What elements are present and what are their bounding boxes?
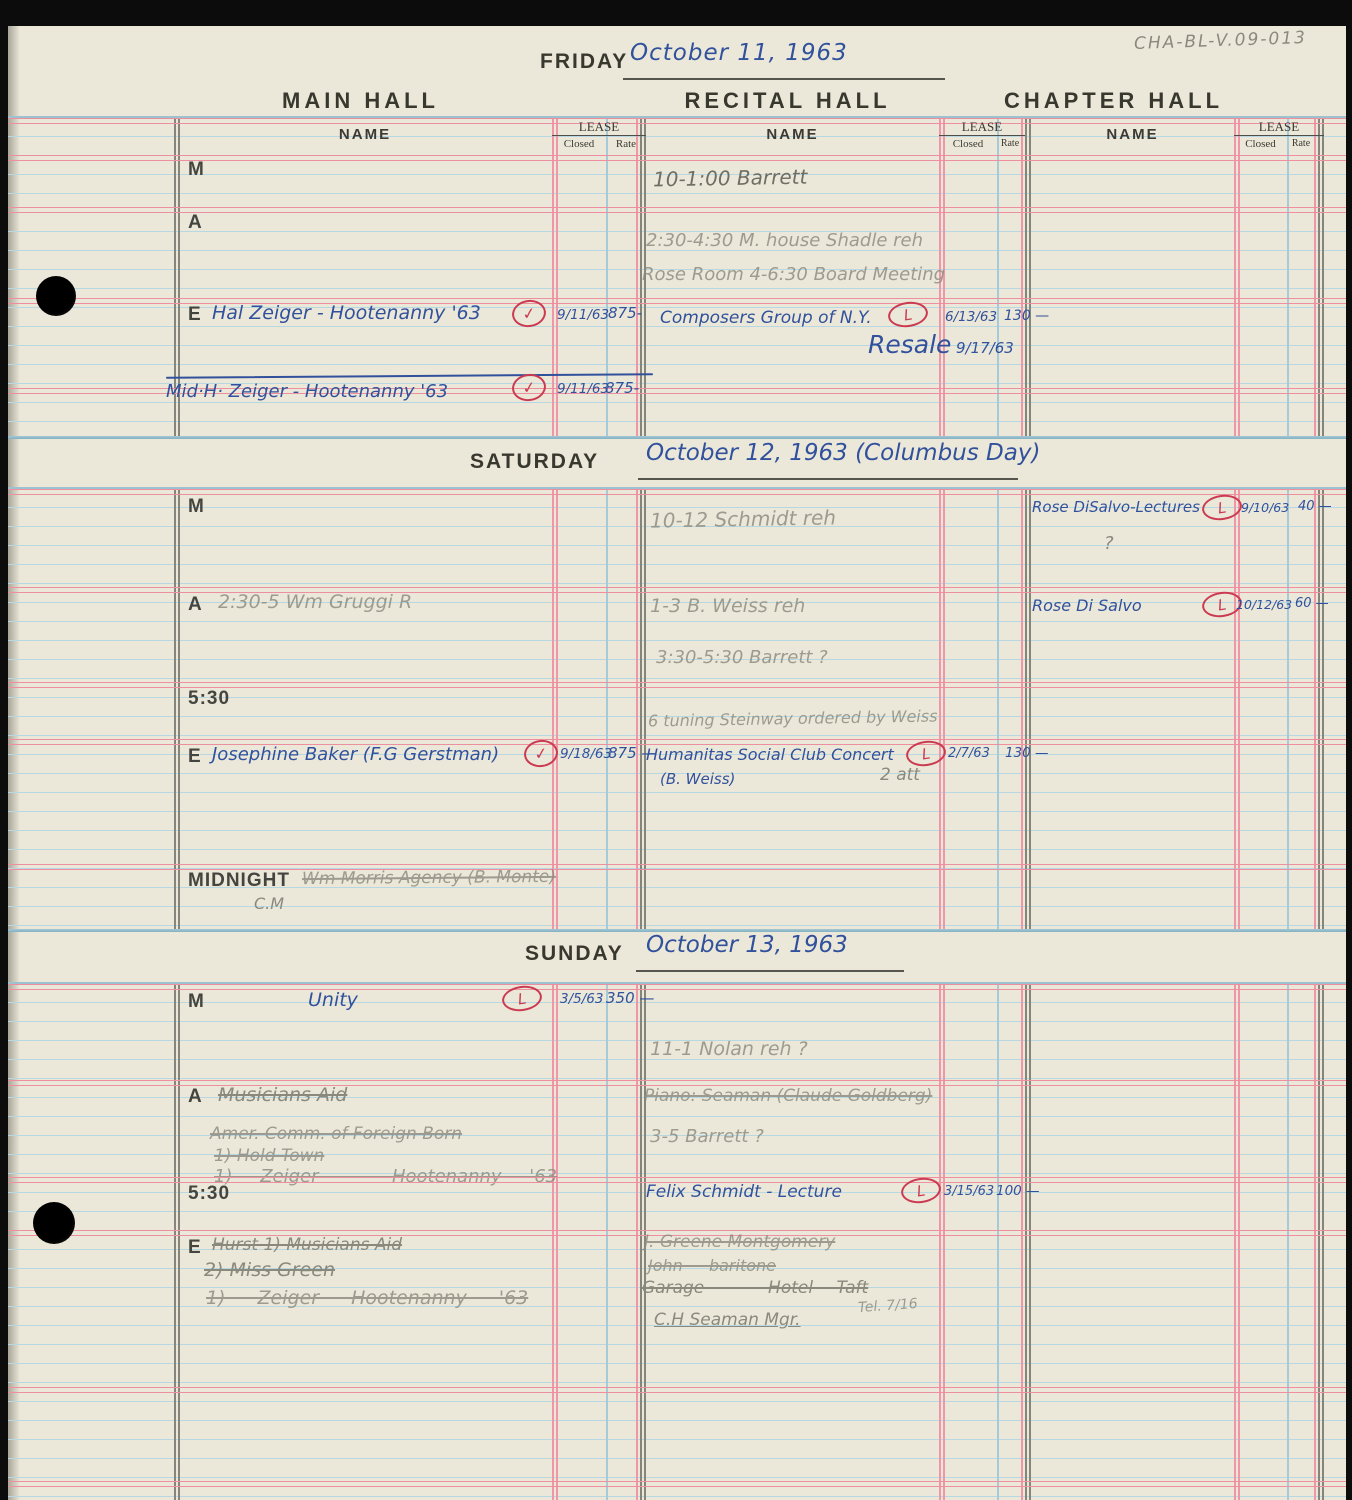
recital-rate-header: Rate <box>997 138 1023 149</box>
chapter-rate-header: Rate <box>1287 138 1315 149</box>
saturday-day-title: SATURDAY <box>470 450 599 474</box>
saturday-recital-evening-rate: 130 — <box>1005 745 1049 761</box>
saturday-section: M Rose DiSalvo-Lectures L 9/10/63 40 — 1… <box>8 487 1346 932</box>
friday-recital-afternoon-entry-2: Rose Room 4-6:30 Board Meeting <box>642 264 945 285</box>
friday-day-title: FRIDAY <box>540 50 628 74</box>
saturday-main-evening-closed-date: 9/18/63 <box>560 746 612 762</box>
recital-lease-header: LEASE <box>939 119 1025 135</box>
saturday-recital-evening-closed-date: 2/7/63 <box>948 746 990 761</box>
friday-date-underline <box>623 78 945 80</box>
recital-hall-title: RECITAL HALL <box>660 88 915 114</box>
sunday-main-morning-closed-date: 3/5/63 <box>560 991 603 1007</box>
sunday-recital-morning-entry: 11-1 Nolan reh ? <box>650 1038 808 1060</box>
recital-closed-header: Closed <box>939 138 997 150</box>
saturday-morning-label: M <box>188 496 205 518</box>
friday-main-evening-closed-date: 9/11/63 <box>557 307 609 323</box>
punch-hole-bottom <box>33 1202 75 1244</box>
saturday-afternoon-label: A <box>188 594 203 616</box>
friday-recital-afternoon-entry-1: 2:30-4:30 M. house Shadle reh <box>646 230 923 251</box>
archive-id: CHA-BL-V.09-013 <box>1134 28 1308 54</box>
saturday-chapter-afternoon-closed-date: 10/12/63 <box>1236 597 1292 612</box>
sunday-main-evening-struck-1: Hurst 1) Musicians Aid <box>212 1235 402 1255</box>
sunday-day-title: SUNDAY <box>525 942 624 966</box>
sunday-morning-label: M <box>188 991 205 1013</box>
sunday-main-afternoon-struck-1: Musicians Aid <box>218 1084 347 1106</box>
friday-recital-evening-name: Composers Group of N.Y. <box>660 308 872 328</box>
saturday-midnight-struck-entry: Wm Morris Agency (B. Monte) <box>302 867 556 889</box>
friday-recital-resale-date: 9/17/63 <box>956 339 1014 357</box>
saturday-chapter-afternoon-name: Rose Di Salvo <box>1032 596 1142 615</box>
recital-name-header: NAME <box>646 126 939 143</box>
saturday-recital-evening-attendance: 2 att <box>880 765 920 785</box>
chapter-hall-title: CHAPTER HALL <box>986 88 1241 114</box>
chapter-lease-underline <box>1234 135 1324 136</box>
sunday-recital-530-rate: 100 — <box>996 1183 1040 1199</box>
saturday-530-label: 5:30 <box>188 688 230 710</box>
saturday-main-evening-name: Josephine Baker (F.G Gerstman) <box>212 744 499 765</box>
main-closed-header: Closed <box>552 138 606 150</box>
sunday-date-handwritten: October 13, 1963 <box>646 932 848 958</box>
main-lease-header: LEASE <box>552 119 646 135</box>
friday-main-evening-name: Hal Zeiger - Hootenanny '63 <box>212 302 481 324</box>
chapter-closed-header: Closed <box>1234 138 1287 150</box>
saturday-chapter-morning-closed-date: 9/10/63 <box>1241 500 1289 515</box>
friday-afternoon-label: A <box>188 212 203 234</box>
saturday-main-afternoon-entry: 2:30-5 Wm Gruggi R <box>218 591 412 613</box>
saturday-date-handwritten: October 12, 1963 (Columbus Day) <box>646 440 1040 466</box>
saturday-recital-evening-name: Humanitas Social Club Concert <box>646 745 894 764</box>
friday-section: NAME LEASE Closed Rate NAME LEASE Closed… <box>8 116 1346 439</box>
chapter-name-header: NAME <box>1031 126 1234 143</box>
saturday-recital-morning-entry: 10-12 Schmidt reh <box>650 505 836 532</box>
friday-main-evening-rate: 875- <box>608 304 642 322</box>
sunday-recital-evening-signature: C.H Seaman Mgr. <box>654 1310 801 1330</box>
friday-midnight-hand-rule <box>166 373 653 378</box>
sunday-date-underline <box>636 970 904 972</box>
saturday-chapter-morning-lease-icon: L <box>1200 492 1243 522</box>
ledger-paper: CHA-BL-V.09-013 FRIDAY October 11, 1963 … <box>8 26 1346 1500</box>
saturday-date-underline <box>638 478 1018 480</box>
saturday-chapter-morning-name: Rose DiSalvo-Lectures <box>1032 498 1200 516</box>
sunday-recital-530-name: Felix Schmidt - Lecture <box>646 1182 842 1202</box>
punch-hole-top <box>36 276 76 316</box>
saturday-recital-afternoon-entry-2: 3:30-5:30 Barrett ? <box>656 647 828 668</box>
friday-main-midnight-rate: 875- <box>605 379 639 397</box>
saturday-chapter-morning-rate: 40 — <box>1298 499 1332 514</box>
sunday-530-label: 5:30 <box>188 1183 230 1205</box>
saturday-recital-afternoon-entry-1: 1-3 B. Weiss reh <box>650 595 805 617</box>
friday-recital-morning-entry: 10-1:00 Barrett <box>653 165 808 192</box>
sunday-main-evening-struck-3: 1) Zeiger Hootenanny '63 <box>206 1287 528 1309</box>
main-lease-underline <box>552 135 646 136</box>
sunday-recital-afternoon-struck: Piano: Seaman (Claude Goldberg) <box>644 1086 932 1106</box>
friday-evening-label: E <box>188 304 202 326</box>
sunday-recital-evening-struck-2: John — baritone <box>648 1256 776 1275</box>
sunday-recital-530-closed-date: 3/15/63 <box>944 1184 994 1199</box>
friday-recital-evening-rate: 130 — <box>1004 308 1049 324</box>
friday-main-midnight-check-icon: ✓ <box>510 372 547 403</box>
main-name-header: NAME <box>180 126 550 143</box>
main-rate-header: Rate <box>606 138 646 150</box>
friday-main-midnight-name: Mid·H· Zeiger - Hootenanny '63 <box>166 381 448 402</box>
sunday-main-afternoon-struck-2: Amer. Comm. of Foreign Born <box>210 1124 462 1144</box>
saturday-recital-evening-name-2: (B. Weiss) <box>660 770 735 788</box>
chapter-lease-header: LEASE <box>1234 119 1324 135</box>
saturday-chapter-morning-note: ? <box>1104 533 1114 554</box>
friday-morning-label: M <box>188 159 205 181</box>
scanned-ledger-page: { "doc_id": "CHA-BL-V.09-013", "halls": … <box>0 0 1352 1500</box>
sunday-main-morning-rate: 350 — <box>606 989 654 1007</box>
friday-date-handwritten: October 11, 1963 <box>630 40 848 66</box>
sunday-recital-afternoon-entry: 3-5 Barrett ? <box>650 1126 764 1147</box>
saturday-recital-530-entry: 6 tuning Steinway ordered by Weiss <box>648 706 938 730</box>
friday-recital-evening-closed-date: 6/13/63 <box>945 309 997 325</box>
saturday-evening-label: E <box>188 746 202 768</box>
saturday-midnight-note: C.M <box>254 894 284 913</box>
sunday-recital-evening-struck-3: Garage — Hotel Taft <box>642 1278 868 1298</box>
sunday-recital-evening-struck-1: J. Greene Montgomery <box>644 1232 835 1252</box>
saturday-midnight-label: MIDNIGHT <box>188 870 290 892</box>
sunday-main-evening-struck-2: 2) Miss Green <box>204 1259 335 1281</box>
sunday-section: M Unity L 3/5/63 350 — 11-1 Nolan reh ? … <box>8 982 1346 1500</box>
friday-recital-resale-note: Resale <box>868 330 951 359</box>
sunday-recital-evening-note: Tel. 7/16 <box>858 1296 919 1316</box>
sunday-main-morning-name: Unity <box>308 989 358 1011</box>
friday-main-midnight-closed-date: 9/11/63 <box>557 381 609 397</box>
sunday-main-afternoon-struck-3: 1) Hold Town <box>214 1146 324 1166</box>
sunday-evening-label: E <box>188 1237 202 1259</box>
recital-lease-underline <box>939 135 1025 136</box>
saturday-chapter-afternoon-rate: 60 — <box>1295 596 1329 611</box>
sunday-afternoon-label: A <box>188 1086 203 1108</box>
main-hall-title: MAIN HALL <box>233 88 488 114</box>
